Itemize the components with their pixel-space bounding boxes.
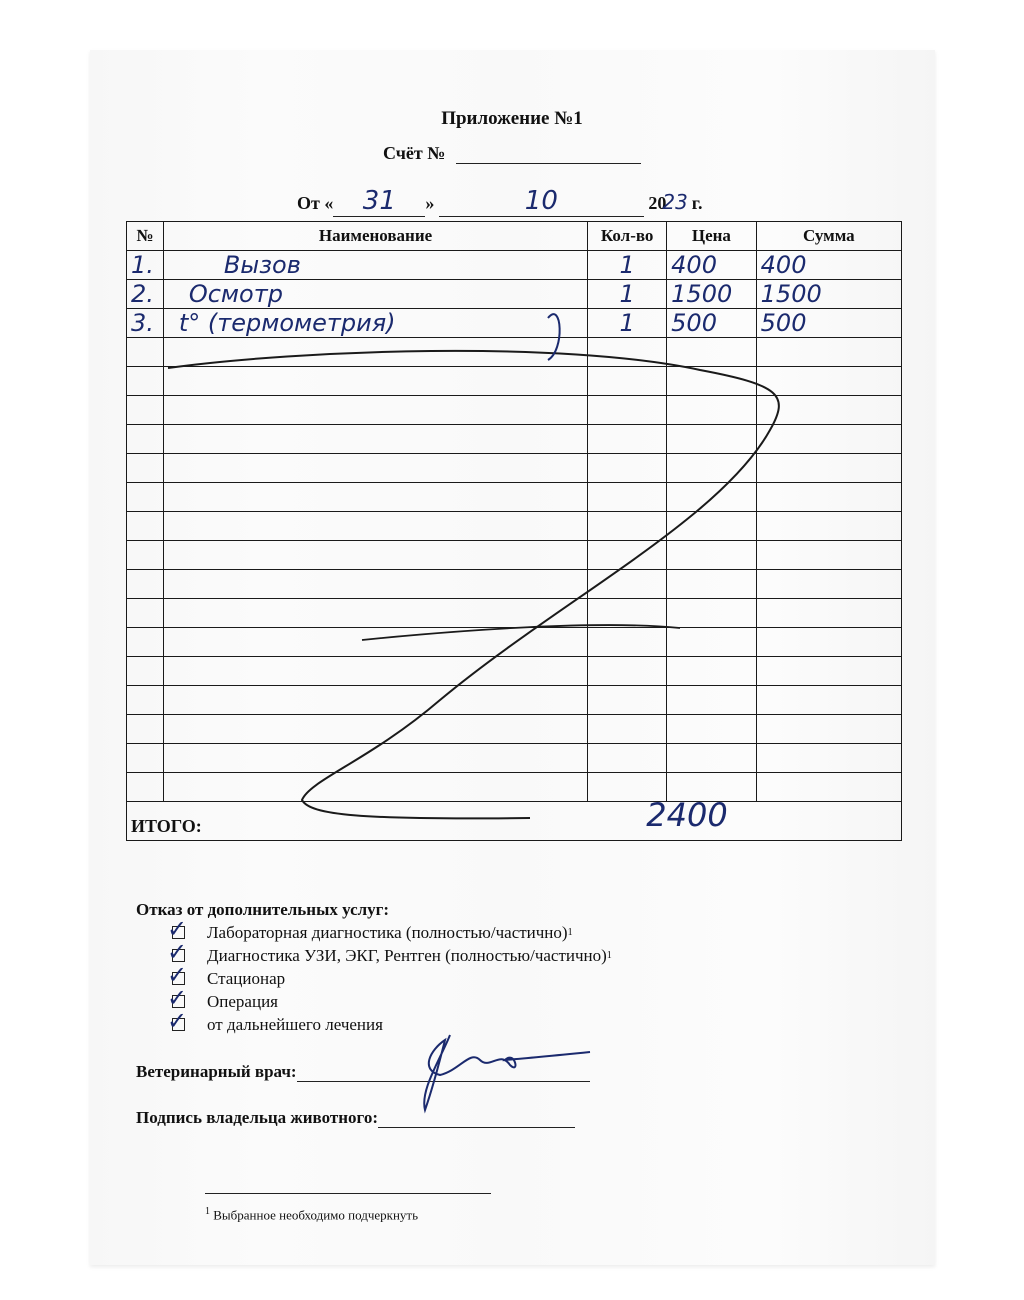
year-handwritten[interactable]: 23 bbox=[662, 190, 687, 214]
empty-cell[interactable] bbox=[163, 483, 587, 512]
table-row-empty bbox=[127, 425, 902, 454]
document-title: Приложение №1 bbox=[0, 108, 1024, 130]
empty-cell[interactable] bbox=[667, 628, 757, 657]
empty-cell[interactable] bbox=[667, 570, 757, 599]
total-label: ИТОГО: bbox=[131, 816, 202, 836]
empty-cell[interactable] bbox=[163, 367, 587, 396]
refusal-item-surgery: ✓ Операция bbox=[172, 990, 612, 1013]
table-row-empty bbox=[127, 396, 902, 425]
empty-cell[interactable] bbox=[756, 599, 901, 628]
empty-cell[interactable] bbox=[588, 599, 667, 628]
row-name[interactable]: Вызов bbox=[163, 251, 587, 280]
refusal-label: от дальнейшего лечения bbox=[207, 1015, 383, 1035]
header-sum: Сумма bbox=[756, 222, 901, 251]
row-sum[interactable]: 400 bbox=[756, 251, 901, 280]
empty-cell[interactable] bbox=[127, 367, 164, 396]
empty-cell[interactable] bbox=[588, 367, 667, 396]
empty-cell[interactable] bbox=[163, 628, 587, 657]
table-row: 1. Вызов 1 400 400 bbox=[127, 251, 902, 280]
table-row-empty bbox=[127, 570, 902, 599]
empty-cell[interactable] bbox=[588, 483, 667, 512]
empty-cell[interactable] bbox=[756, 773, 901, 802]
empty-cell[interactable] bbox=[127, 454, 164, 483]
empty-cell[interactable] bbox=[163, 686, 587, 715]
empty-cell[interactable] bbox=[127, 599, 164, 628]
table-row-empty bbox=[127, 338, 902, 367]
empty-cell[interactable] bbox=[756, 425, 901, 454]
total-row: ИТОГО: 2400 bbox=[127, 802, 902, 841]
table-row-empty bbox=[127, 744, 902, 773]
empty-cell[interactable] bbox=[756, 454, 901, 483]
table-row-empty bbox=[127, 686, 902, 715]
empty-cell[interactable] bbox=[163, 541, 587, 570]
row-name[interactable]: t° (термометрия) bbox=[163, 309, 587, 338]
footnote-marker: 1 bbox=[568, 927, 573, 938]
empty-cell[interactable] bbox=[588, 686, 667, 715]
row-price[interactable]: 500 bbox=[667, 309, 757, 338]
empty-cell[interactable] bbox=[667, 396, 757, 425]
row-qty[interactable]: 1 bbox=[588, 309, 667, 338]
empty-cell[interactable] bbox=[667, 338, 757, 367]
table-row-empty bbox=[127, 715, 902, 744]
footnote-marker: 1 bbox=[607, 950, 612, 961]
empty-cell[interactable] bbox=[127, 396, 164, 425]
date-month-field[interactable]: 10 bbox=[439, 186, 644, 217]
empty-cell[interactable] bbox=[127, 773, 164, 802]
owner-signature-line: Подпись владельца животного: bbox=[136, 1108, 575, 1128]
table-header-row: № Наименование Кол-во Цена Сумма bbox=[127, 222, 902, 251]
empty-cell[interactable] bbox=[127, 483, 164, 512]
empty-cell[interactable] bbox=[588, 628, 667, 657]
footnote-text: Выбранное необходимо подчеркнуть bbox=[213, 1207, 418, 1222]
empty-cell[interactable] bbox=[163, 425, 587, 454]
vet-label: Ветеринарный врач: bbox=[136, 1062, 297, 1081]
refusal-title: Отказ от дополнительных услуг: bbox=[136, 900, 612, 920]
empty-cell[interactable] bbox=[756, 338, 901, 367]
header-qty: Кол-во bbox=[588, 222, 667, 251]
row-num[interactable]: 2. bbox=[127, 280, 164, 309]
table-row: 3. t° (термометрия) 1 500 500 bbox=[127, 309, 902, 338]
empty-cell[interactable] bbox=[127, 512, 164, 541]
row-sum[interactable]: 500 bbox=[756, 309, 901, 338]
empty-cell[interactable] bbox=[127, 338, 164, 367]
empty-cell[interactable] bbox=[756, 686, 901, 715]
empty-cell[interactable] bbox=[667, 744, 757, 773]
empty-cell[interactable] bbox=[667, 367, 757, 396]
empty-cell[interactable] bbox=[588, 744, 667, 773]
table-row-empty bbox=[127, 773, 902, 802]
empty-cell[interactable] bbox=[667, 425, 757, 454]
checkbox-further-treatment[interactable]: ✓ bbox=[172, 1018, 185, 1031]
year-suffix: г. bbox=[692, 193, 703, 213]
empty-cell[interactable] bbox=[756, 483, 901, 512]
refusal-item-further-treatment: ✓ от дальнейшего лечения bbox=[172, 1013, 612, 1036]
refusal-label: Диагностика УЗИ, ЭКГ, Рентген (полностью… bbox=[207, 946, 607, 966]
header-num: № bbox=[127, 222, 164, 251]
refusal-label: Стационар bbox=[207, 969, 285, 989]
empty-cell[interactable] bbox=[163, 657, 587, 686]
empty-cell[interactable] bbox=[756, 541, 901, 570]
empty-cell[interactable] bbox=[127, 628, 164, 657]
empty-cell[interactable] bbox=[127, 715, 164, 744]
empty-cell[interactable] bbox=[756, 628, 901, 657]
refusal-label: Лабораторная диагностика (полностью/част… bbox=[207, 923, 568, 943]
table-row-empty bbox=[127, 454, 902, 483]
row-price[interactable]: 1500 bbox=[667, 280, 757, 309]
empty-cell[interactable] bbox=[127, 570, 164, 599]
total-cell: ИТОГО: 2400 bbox=[127, 802, 902, 841]
row-qty[interactable]: 1 bbox=[588, 280, 667, 309]
empty-cell[interactable] bbox=[667, 715, 757, 744]
row-num[interactable]: 1. bbox=[127, 251, 164, 280]
empty-cell[interactable] bbox=[667, 686, 757, 715]
empty-cell[interactable] bbox=[667, 454, 757, 483]
empty-cell[interactable] bbox=[588, 454, 667, 483]
empty-cell[interactable] bbox=[588, 512, 667, 541]
empty-cell[interactable] bbox=[588, 657, 667, 686]
empty-cell[interactable] bbox=[667, 541, 757, 570]
table-row-empty bbox=[127, 599, 902, 628]
total-value[interactable]: 2400 bbox=[646, 796, 727, 834]
empty-cell[interactable] bbox=[667, 657, 757, 686]
table-row-empty bbox=[127, 657, 902, 686]
empty-cell[interactable] bbox=[588, 541, 667, 570]
invoice-number-line: Счёт № bbox=[383, 143, 641, 164]
refusal-item-imaging: ✓ Диагностика УЗИ, ЭКГ, Рентген (полност… bbox=[172, 944, 612, 967]
date-prefix: От « bbox=[297, 193, 333, 213]
table-row-empty bbox=[127, 367, 902, 396]
empty-cell[interactable] bbox=[163, 454, 587, 483]
empty-cell[interactable] bbox=[163, 773, 587, 802]
header-price: Цена bbox=[667, 222, 757, 251]
owner-signature-field[interactable] bbox=[378, 1110, 575, 1128]
empty-cell[interactable] bbox=[163, 744, 587, 773]
empty-cell[interactable] bbox=[756, 715, 901, 744]
empty-cell[interactable] bbox=[756, 657, 901, 686]
row-name[interactable]: Осмотр bbox=[163, 280, 587, 309]
footnote-marker: 1 bbox=[205, 1206, 210, 1217]
invoice-number-field[interactable] bbox=[456, 145, 641, 164]
date-day-field[interactable]: 31 bbox=[333, 186, 425, 217]
refusal-section: Отказ от дополнительных услуг: ✓ Лаборат… bbox=[136, 900, 612, 1036]
empty-cell[interactable] bbox=[163, 715, 587, 744]
empty-cell[interactable] bbox=[756, 570, 901, 599]
empty-cell[interactable] bbox=[756, 512, 901, 541]
empty-cell[interactable] bbox=[163, 599, 587, 628]
table-row: 2. Осмотр 1 1500 1500 bbox=[127, 280, 902, 309]
table-row-empty bbox=[127, 541, 902, 570]
row-num[interactable]: 3. bbox=[127, 309, 164, 338]
empty-cell[interactable] bbox=[163, 396, 587, 425]
empty-cell[interactable] bbox=[588, 715, 667, 744]
footnote-divider bbox=[205, 1193, 491, 1194]
table-row-empty bbox=[127, 512, 902, 541]
refusal-item-lab: ✓ Лабораторная диагностика (полностью/ча… bbox=[172, 921, 612, 944]
empty-cell[interactable] bbox=[667, 483, 757, 512]
footnote: 1 Выбранное необходимо подчеркнуть bbox=[205, 1206, 418, 1223]
table-row-empty bbox=[127, 628, 902, 657]
empty-cell[interactable] bbox=[667, 599, 757, 628]
empty-cell[interactable] bbox=[588, 338, 667, 367]
empty-cell[interactable] bbox=[163, 338, 587, 367]
empty-cell[interactable] bbox=[127, 657, 164, 686]
date-mid: » bbox=[425, 193, 434, 213]
empty-cell[interactable] bbox=[127, 541, 164, 570]
refusal-item-inpatient: ✓ Стационар bbox=[172, 967, 612, 990]
empty-cell[interactable] bbox=[127, 744, 164, 773]
table-row-empty bbox=[127, 483, 902, 512]
empty-cell[interactable] bbox=[756, 367, 901, 396]
empty-cell[interactable] bbox=[163, 570, 587, 599]
empty-cell[interactable] bbox=[127, 686, 164, 715]
empty-cell[interactable] bbox=[667, 512, 757, 541]
date-line: От «31» 10 2023г. bbox=[297, 183, 702, 214]
services-table: № Наименование Кол-во Цена Сумма 1. Вызо… bbox=[126, 221, 902, 841]
empty-cell[interactable] bbox=[163, 512, 587, 541]
refusal-label: Операция bbox=[207, 992, 278, 1012]
row-price[interactable]: 400 bbox=[667, 251, 757, 280]
header-name: Наименование bbox=[163, 222, 587, 251]
checkmark-icon: ✓ bbox=[167, 1007, 187, 1035]
row-qty[interactable]: 1 bbox=[588, 251, 667, 280]
owner-label: Подпись владельца животного: bbox=[136, 1108, 378, 1127]
empty-cell[interactable] bbox=[588, 570, 667, 599]
empty-cell[interactable] bbox=[127, 425, 164, 454]
invoice-label: Счёт № bbox=[383, 143, 445, 163]
vet-signature-field[interactable] bbox=[297, 1064, 590, 1082]
empty-cell[interactable] bbox=[756, 396, 901, 425]
empty-cell[interactable] bbox=[588, 425, 667, 454]
empty-cell[interactable] bbox=[588, 396, 667, 425]
empty-cell[interactable] bbox=[756, 744, 901, 773]
vet-signature-line: Ветеринарный врач: bbox=[136, 1062, 590, 1082]
row-sum[interactable]: 1500 bbox=[756, 280, 901, 309]
